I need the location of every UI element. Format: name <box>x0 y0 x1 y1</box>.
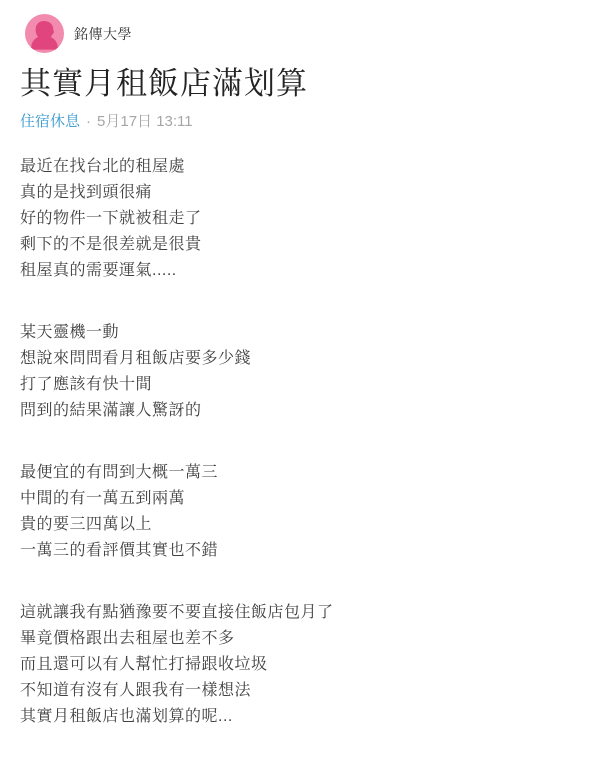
body-line: 想說來問問看月租飯店要多少錢 <box>20 346 587 372</box>
body-line: 其實月租飯店也滿划算的呢... <box>20 704 587 730</box>
paragraph: 最便宜的有問到大概一萬三中間的有一萬五到兩萬貴的要三四萬以上一萬三的看評價其實也… <box>20 460 587 564</box>
paragraph: 最近在找台北的租屋處真的是找到頭很痛好的物件一下就被租走了剩下的不是很差就是很貴… <box>20 154 587 284</box>
paragraph: 某天靈機一動想說來問問看月租飯店要多少錢打了應該有快十間問到的結果滿讓人驚訝的 <box>20 320 587 424</box>
body-line: 最近在找台北的租屋處 <box>20 154 587 180</box>
body-line: 這就讓我有點猶豫要不要直接住飯店包月了 <box>20 600 587 626</box>
body-line: 剩下的不是很差就是很貴 <box>20 232 587 258</box>
forum-link[interactable]: 住宿休息 <box>20 113 80 130</box>
body-line: 打了應該有快十間 <box>20 372 587 398</box>
body-line: 畢竟價格跟出去租屋也差不多 <box>20 626 587 652</box>
username-label: 銘傳大學 <box>74 24 132 44</box>
body-line: 真的是找到頭很痛 <box>20 180 587 206</box>
meta-separator: · <box>86 113 91 130</box>
body-line: 而且還可以有人幫忙打掃跟收垃圾 <box>20 652 587 678</box>
body-line: 貴的要三四萬以上 <box>20 512 587 538</box>
body-line: 某天靈機一動 <box>20 320 587 346</box>
body-line: 問到的結果滿讓人驚訝的 <box>20 398 587 424</box>
post-body: 最近在找台北的租屋處真的是找到頭很痛好的物件一下就被租走了剩下的不是很差就是很貴… <box>20 154 587 730</box>
post-title: 其實月租飯店滿划算 <box>20 63 587 105</box>
post-timestamp: 5月17日 13:11 <box>97 113 193 130</box>
body-line: 不知道有沒有人跟我有一樣想法 <box>20 678 587 704</box>
body-line: 好的物件一下就被租走了 <box>20 206 587 232</box>
body-line: 一萬三的看評價其實也不錯 <box>20 538 587 564</box>
body-line: 最便宜的有問到大概一萬三 <box>20 460 587 486</box>
post-header: 銘傳大學 <box>25 14 587 53</box>
body-line: 中間的有一萬五到兩萬 <box>20 486 587 512</box>
post-page: 銘傳大學 其實月租飯店滿划算 住宿休息·5月17日 13:11 最近在找台北的租… <box>0 0 607 730</box>
female-avatar-icon <box>25 14 64 53</box>
post-meta: 住宿休息·5月17日 13:11 <box>20 111 587 133</box>
body-line: 租屋真的需要運氣..... <box>20 258 587 284</box>
paragraph: 這就讓我有點猶豫要不要直接住飯店包月了畢竟價格跟出去租屋也差不多而且還可以有人幫… <box>20 600 587 730</box>
user-avatar <box>25 14 64 53</box>
